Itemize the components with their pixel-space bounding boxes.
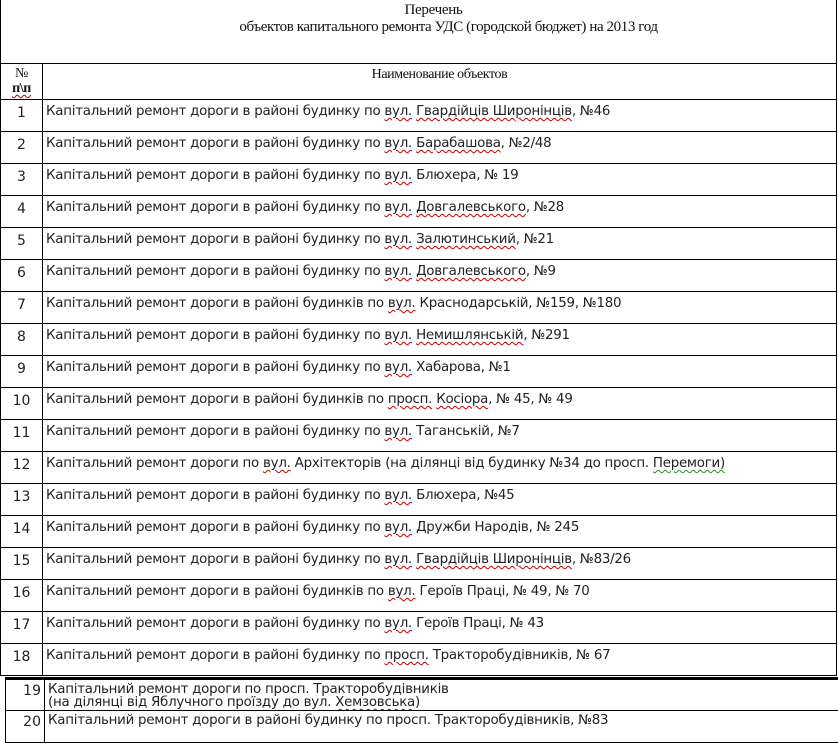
- row-object-name: Капітальний ремонт дороги в районі будин…: [43, 292, 837, 324]
- row-object-name: Капітальний ремонт дороги в районі будин…: [43, 420, 837, 452]
- address-suffix: , № 67: [568, 648, 610, 663]
- object-description: Капітальний ремонт дороги в районі будин…: [46, 424, 384, 439]
- street-name: Хабарова: [416, 360, 481, 375]
- address-suffix: , №2/48: [501, 136, 552, 151]
- row-object-name: Капітальний ремонт дороги в районі будин…: [43, 324, 837, 356]
- table-row: 16Капітальний ремонт дороги в районі буд…: [1, 580, 837, 612]
- street-type: вул.: [384, 424, 412, 439]
- street-name: Немишлянській: [416, 328, 523, 343]
- table-row: 2Капітальний ремонт дороги в районі буди…: [1, 132, 837, 164]
- row-number: 16: [1, 580, 43, 612]
- row-object-name: Капітальний ремонт дороги в районі будин…: [43, 228, 837, 260]
- street-type: вул.: [384, 104, 412, 119]
- row-object-name: Капітальний ремонт дороги в районі будин…: [43, 260, 837, 292]
- table-row: 13Капітальний ремонт дороги в районі буд…: [1, 484, 837, 516]
- row-object-name: Капітальний ремонт дороги по вул. Архіте…: [43, 452, 837, 484]
- table-body: 1Капітальний ремонт дороги в районі буди…: [1, 100, 837, 676]
- row-number: 18: [1, 644, 43, 676]
- street-type: вул.: [388, 584, 416, 599]
- table-row: 15Капітальний ремонт дороги в районі буд…: [1, 548, 837, 580]
- street-name: Дружби Народів: [416, 520, 529, 535]
- object-description: Капітальний ремонт дороги в районі будин…: [46, 168, 384, 183]
- street-type: вул.: [384, 232, 412, 247]
- address-suffix: , №159, №180: [528, 296, 621, 311]
- row-object-name: Капітальний ремонт дороги в районі будин…: [43, 196, 837, 228]
- table-row: 19 Капітальний ремонт дороги по просп. Т…: [6, 679, 838, 711]
- table-row: 1Капітальний ремонт дороги в районі буди…: [1, 100, 837, 132]
- row-object-name: Капітальний ремонт дороги в районі будин…: [43, 484, 837, 516]
- object-description: Капітальний ремонт дороги в районі будин…: [46, 392, 388, 407]
- table-row: 20 Капітальний ремонт дороги в районі бу…: [6, 711, 838, 743]
- table-row: 11Капітальний ремонт дороги в районі буд…: [1, 420, 837, 452]
- row-number: 13: [1, 484, 43, 516]
- street-type: вул.: [384, 200, 412, 215]
- object-description: Капітальний ремонт дороги в районі будин…: [46, 200, 384, 215]
- table-header-row: № п\п Наименование объектов: [1, 64, 837, 100]
- street-name: Довгалевського: [416, 200, 526, 215]
- column-header-number-symbol: №: [1, 66, 42, 81]
- table-row: 18Капітальний ремонт дороги в районі буд…: [1, 644, 837, 676]
- row-number: 12: [1, 452, 43, 484]
- object-description: Капітальний ремонт дороги в районі будин…: [46, 552, 384, 567]
- object-description: Капітальний ремонт дороги в районі будин…: [46, 648, 384, 663]
- street-name: Довгалевського: [416, 264, 526, 279]
- document-title-block: Перечень объектов капитального ремонта У…: [0, 0, 837, 64]
- row-number: 3: [1, 164, 43, 196]
- row-object-name: Капітальний ремонт дороги в районі будин…: [43, 612, 837, 644]
- row-number: 10: [1, 388, 43, 420]
- street-name: Блюхера: [416, 488, 476, 503]
- street-name: Героїв Праці: [416, 616, 502, 631]
- row-number: 9: [1, 356, 43, 388]
- object-description: Капітальний ремонт дороги в районі будин…: [46, 616, 384, 631]
- address-suffix: , № 45, № 49: [488, 392, 572, 407]
- object-description: Капітальний ремонт дороги в районі будин…: [46, 584, 388, 599]
- row-number: 14: [1, 516, 43, 548]
- street-name: Архітекторів (на ділянці від будинку №34…: [295, 456, 653, 471]
- street-type: вул.: [384, 552, 412, 567]
- address-suffix: , №1: [481, 360, 511, 375]
- object-description: Капітальний ремонт дороги в районі будин…: [46, 104, 384, 119]
- address-suffix: , № 245: [529, 520, 580, 535]
- row-object-name: Капітальний ремонт дороги в районі будин…: [43, 644, 837, 676]
- street-type: вул.: [384, 328, 412, 343]
- address-suffix: , №46: [572, 104, 610, 119]
- row-number: 1: [1, 100, 43, 132]
- object-description: Капітальний ремонт дороги в районі будин…: [46, 360, 384, 375]
- street-type: вул.: [263, 456, 291, 471]
- address-suffix: , № 19: [476, 168, 518, 183]
- table-row: 12Капітальний ремонт дороги по вул. Архі…: [1, 452, 837, 484]
- address-suffix: , №28: [526, 200, 564, 215]
- object-description: Капітальний ремонт дороги в районі будин…: [46, 328, 384, 343]
- object-description: Капітальний ремонт дороги по: [46, 456, 263, 471]
- street-name: Таганській: [416, 424, 490, 439]
- table-row: 17Капітальний ремонт дороги в районі буд…: [1, 612, 837, 644]
- street-name: Краснодарській: [420, 296, 529, 311]
- street-type: вул.: [388, 296, 416, 311]
- street-type: вул.: [384, 168, 412, 183]
- column-header-number: № п\п: [1, 64, 43, 100]
- address-suffix: , № 43: [502, 616, 544, 631]
- table-row: 10Капітальний ремонт дороги в районі буд…: [1, 388, 837, 420]
- address-suffix: , №45: [476, 488, 514, 503]
- street-name: Гвардійців Широнінців: [416, 104, 572, 119]
- row-number: 6: [1, 260, 43, 292]
- street-name: Барабашова: [416, 136, 501, 151]
- table-row: 7Капітальний ремонт дороги в районі буди…: [1, 292, 837, 324]
- street-name: Героїв Праці: [420, 584, 506, 599]
- object-description: Капітальний ремонт дороги в районі будин…: [46, 232, 384, 247]
- row-number: 8: [1, 324, 43, 356]
- object-description: Капітальний ремонт дороги в районі будин…: [46, 520, 384, 535]
- row-number: 5: [1, 228, 43, 260]
- line2-suffix: ): [415, 695, 420, 710]
- table-row: 8Капітальний ремонт дороги в районі буди…: [1, 324, 837, 356]
- row-object-name: Капітальний ремонт дороги по просп. Трак…: [45, 679, 838, 711]
- address-suffix: , № 49, № 70: [505, 584, 589, 599]
- row-number: 7: [1, 292, 43, 324]
- table-row: 14Капітальний ремонт дороги в районі буд…: [1, 516, 837, 548]
- street-type: просп.: [384, 648, 428, 663]
- street-type: вул.: [384, 360, 412, 375]
- row-object-name: Капітальний ремонт дороги в районі будин…: [43, 580, 837, 612]
- address-suffix: , №9: [526, 264, 556, 279]
- table-row: 5Капітальний ремонт дороги в районі буди…: [1, 228, 837, 260]
- street-type: вул.: [384, 488, 412, 503]
- object-description: Капітальний ремонт дороги в районі будин…: [46, 488, 384, 503]
- object-description: Капітальний ремонт дороги в районі будин…: [46, 296, 388, 311]
- table-row: 3Капітальний ремонт дороги в районі буди…: [1, 164, 837, 196]
- column-header-number-abbr: п\п: [1, 81, 42, 96]
- document-title: Перечень: [1, 2, 836, 19]
- row-object-name: Капітальний ремонт дороги в районі будин…: [43, 100, 837, 132]
- street-type: вул.: [384, 616, 412, 631]
- column-header-name: Наименование объектов: [43, 64, 837, 100]
- row-object-name-line2: (на ділянці від Яблучного проїзду до вул…: [48, 696, 838, 709]
- street-name: Хемзовська: [335, 695, 415, 710]
- address-suffix: , №291: [523, 328, 570, 343]
- street-type: просп.: [388, 392, 432, 407]
- row-number: 20: [6, 711, 45, 743]
- row-number: 4: [1, 196, 43, 228]
- object-description: Капітальний ремонт дороги в районі будин…: [46, 136, 384, 151]
- row-number: 2: [1, 132, 43, 164]
- street-name: Гвардійців Широнінців: [416, 552, 572, 567]
- row-object-name: Капітальний ремонт дороги в районі будин…: [43, 516, 837, 548]
- address-suffix: , №21: [516, 232, 554, 247]
- table-row: 9Капітальний ремонт дороги в районі буди…: [1, 356, 837, 388]
- row-number: 11: [1, 420, 43, 452]
- row-object-name: Капітальний ремонт дороги в районі будин…: [45, 711, 838, 743]
- street-type: вул.: [384, 264, 412, 279]
- address-suffix: Перемоги): [653, 456, 725, 471]
- line2-text: (на ділянці від Яблучного проїзду до вул…: [48, 695, 335, 710]
- table-row: 6Капітальний ремонт дороги в районі буди…: [1, 260, 837, 292]
- row-number: 17: [1, 612, 43, 644]
- street-type: вул.: [384, 136, 412, 151]
- row-object-name: Капітальний ремонт дороги в районі будин…: [43, 356, 837, 388]
- objects-table-continuation: 19 Капітальний ремонт дороги по просп. Т…: [5, 677, 838, 743]
- row-number: 15: [1, 548, 43, 580]
- street-name: Залютинський: [416, 232, 516, 247]
- row-object-name: Капітальний ремонт дороги в районі будин…: [43, 132, 837, 164]
- street-name: Блюхера: [416, 168, 476, 183]
- object-description: Капітальний ремонт дороги в районі будин…: [46, 264, 384, 279]
- address-suffix: , №83/26: [572, 552, 631, 567]
- table-row: 4Капітальний ремонт дороги в районі буди…: [1, 196, 837, 228]
- row-object-name: Капітальний ремонт дороги в районі будин…: [43, 548, 837, 580]
- objects-table: № п\п Наименование объектов 1Капітальний…: [0, 63, 837, 676]
- document-subtitle: объектов капитального ремонта УДС (город…: [1, 19, 836, 36]
- row-object-name: Капітальний ремонт дороги в районі будин…: [43, 388, 837, 420]
- row-object-name: Капітальний ремонт дороги в районі будин…: [43, 164, 837, 196]
- address-suffix: , №7: [490, 424, 520, 439]
- street-name: Тракторобудівників: [433, 648, 568, 663]
- row-number: 19: [6, 679, 45, 711]
- street-type: вул.: [384, 520, 412, 535]
- street-name: Косіора: [436, 392, 488, 407]
